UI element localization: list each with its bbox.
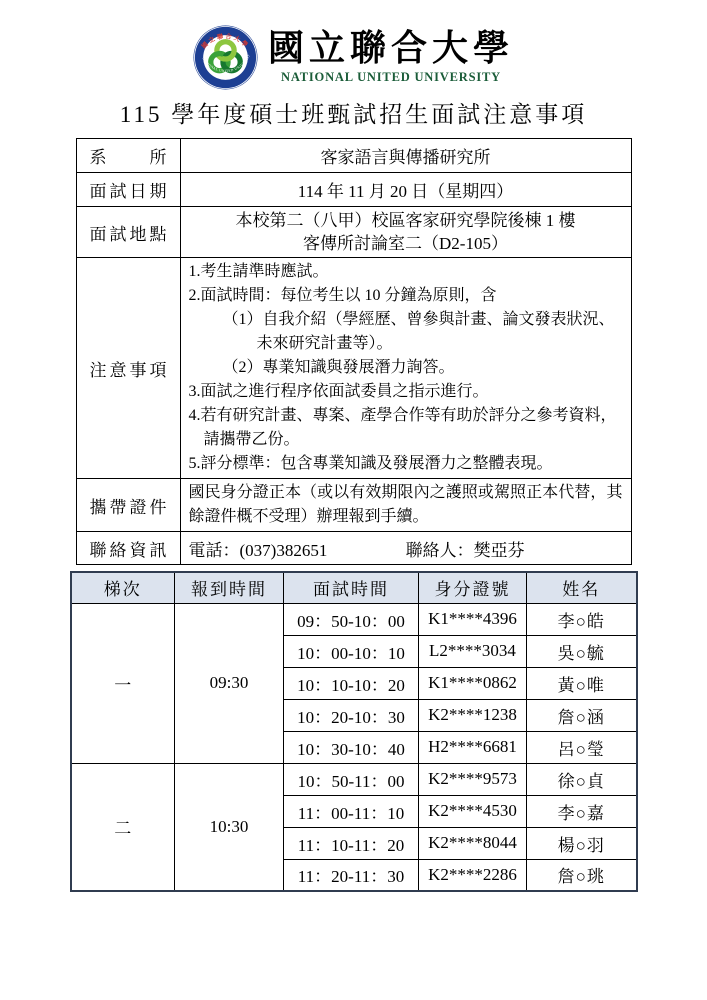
id-cell: K2****9573: [419, 763, 527, 795]
name-cell: 楊○羽: [527, 827, 637, 859]
location-line-1: 本校第二（八甲）校區客家研究學院後棟 1 樓: [189, 209, 623, 232]
schedule-body: 一09:3009：50-10：00K1****4396李○皓10：00-10：1…: [71, 603, 637, 891]
info-value-contact: 電話：(037)382651 聯絡人：樊亞芬: [180, 532, 631, 565]
time-cell: 10：20-10：30: [284, 699, 419, 731]
info-value-date: 114 年 11 月 20 日（星期四）: [180, 173, 631, 207]
notice-item: （2）專業知識與發展潛力詢答。: [189, 356, 623, 380]
notice-item: 未來研究計畫等）。: [189, 332, 623, 356]
info-value-department: 客家語言與傳播研究所: [180, 139, 631, 173]
notice-list: 1.考生請準時應試。2.面試時間：每位考生以 10 分鐘為原則，含（1）自我介紹…: [189, 260, 623, 476]
info-label-notes: 注意事項: [76, 258, 180, 479]
notice-item: 3.面試之進行程序依面試委員之指示進行。: [189, 380, 623, 404]
id-cell: K2****4530: [419, 795, 527, 827]
university-name: 國立聯合大學 NATIONAL UNITED UNIVERSITY: [268, 29, 514, 85]
time-cell: 11：20-11：30: [284, 859, 419, 891]
checkin-time-cell: 10:30: [175, 763, 284, 891]
id-cell: K2****8044: [419, 827, 527, 859]
notice-item: （1）自我介紹（學經歷、曾參與計畫、論文發表狀況、: [189, 308, 623, 332]
time-cell: 09：50-10：00: [284, 603, 419, 635]
info-label-contact: 聯絡資訊: [76, 532, 180, 565]
info-value-location: 本校第二（八甲）校區客家研究學院後棟 1 樓 客傳所討論室二（D2-105）: [180, 207, 631, 258]
info-row-location: 面試地點 本校第二（八甲）校區客家研究學院後棟 1 樓 客傳所討論室二（D2-1…: [76, 207, 631, 258]
info-table: 系所 客家語言與傳播研究所 面試日期 114 年 11 月 20 日（星期四） …: [76, 138, 632, 565]
info-row-documents: 攜帶證件 國民身分證正本（或以有效期限內之護照或駕照正本代替，其餘證件概不受理）…: [76, 479, 631, 532]
time-cell: 11：10-11：20: [284, 827, 419, 859]
id-cell: K2****1238: [419, 699, 527, 731]
id-cell: L2****3034: [419, 635, 527, 667]
notice-item: 2.面試時間：每位考生以 10 分鐘為原則，含: [189, 284, 623, 308]
name-cell: 李○嘉: [527, 795, 637, 827]
time-cell: 10：00-10：10: [284, 635, 419, 667]
nuu-emblem-icon: 國立聯合大學 NATIONAL UNITED UNIVERSITY: [193, 25, 258, 90]
id-cell: K1****0862: [419, 667, 527, 699]
university-name-en: NATIONAL UNITED UNIVERSITY: [281, 70, 501, 85]
batch-cell: 二: [71, 763, 175, 891]
page-title: 115 學年度碩士班甄試招生面試注意事項: [0, 96, 707, 129]
notice-item: 5.評分標準：包含專業知識及發展潛力之整體表現。: [189, 452, 623, 476]
schedule-table: 梯次 報到時間 面試時間 身分證號 姓名 一09:3009：50-10：00K1…: [70, 571, 638, 892]
location-line-2: 客傳所討論室二（D2-105）: [189, 232, 623, 255]
info-value-notes: 1.考生請準時應試。2.面試時間：每位考生以 10 分鐘為原則，含（1）自我介紹…: [180, 258, 631, 479]
schedule-header-name: 姓名: [527, 572, 637, 603]
info-row-department: 系所 客家語言與傳播研究所: [76, 139, 631, 173]
notice-item: 1.考生請準時應試。: [189, 260, 623, 284]
info-label-documents: 攜帶證件: [76, 479, 180, 532]
schedule-row: 二10:3010：50-11：00K2****9573徐○貞: [71, 763, 637, 795]
info-label-date: 面試日期: [76, 173, 180, 207]
contact-phone: 電話：(037)382651: [189, 541, 328, 560]
schedule-header-checkin: 報到時間: [175, 572, 284, 603]
info-label-location: 面試地點: [76, 207, 180, 258]
name-cell: 吳○毓: [527, 635, 637, 667]
info-row-contact: 聯絡資訊 電話：(037)382651 聯絡人：樊亞芬: [76, 532, 631, 565]
info-row-date: 面試日期 114 年 11 月 20 日（星期四）: [76, 173, 631, 207]
notice-item: 4.若有研究計畫、專案、產學合作等有助於評分之參考資料，: [189, 404, 623, 428]
name-cell: 李○皓: [527, 603, 637, 635]
name-cell: 呂○瑩: [527, 731, 637, 763]
time-cell: 10：10-10：20: [284, 667, 419, 699]
info-value-documents: 國民身分證正本（或以有效期限內之護照或駕照正本代替，其餘證件概不受理）辦理報到手…: [180, 479, 631, 532]
documents-text: 國民身分證正本（或以有效期限內之護照或駕照正本代替，其餘證件概不受理）辦理報到手…: [189, 481, 623, 529]
schedule-header-id: 身分證號: [419, 572, 527, 603]
name-cell: 黃○唯: [527, 667, 637, 699]
schedule-header-batch: 梯次: [71, 572, 175, 603]
notice-item: 請攜帶乙份。: [189, 428, 623, 452]
batch-cell: 一: [71, 603, 175, 763]
schedule-row: 一09:3009：50-10：00K1****4396李○皓: [71, 603, 637, 635]
info-label-department: 系所: [76, 139, 180, 173]
schedule-header-time: 面試時間: [284, 572, 419, 603]
id-cell: H2****6681: [419, 731, 527, 763]
schedule-header-row: 梯次 報到時間 面試時間 身分證號 姓名: [71, 572, 637, 603]
id-cell: K1****4396: [419, 603, 527, 635]
checkin-time-cell: 09:30: [175, 603, 284, 763]
time-cell: 10：50-11：00: [284, 763, 419, 795]
university-logo: 國立聯合大學 NATIONAL UNITED UNIVERSITY 國立聯合大學…: [0, 0, 707, 92]
time-cell: 10：30-10：40: [284, 731, 419, 763]
id-cell: K2****2286: [419, 859, 527, 891]
name-cell: 詹○涵: [527, 699, 637, 731]
name-cell: 詹○珧: [527, 859, 637, 891]
time-cell: 11：00-11：10: [284, 795, 419, 827]
name-cell: 徐○貞: [527, 763, 637, 795]
info-row-notes: 注意事項 1.考生請準時應試。2.面試時間：每位考生以 10 分鐘為原則，含（1…: [76, 258, 631, 479]
university-name-cn: 國立聯合大學: [268, 29, 514, 69]
contact-person: 聯絡人：樊亞芬: [406, 541, 525, 560]
page: 國立聯合大學 NATIONAL UNITED UNIVERSITY 國立聯合大學…: [0, 0, 707, 1000]
